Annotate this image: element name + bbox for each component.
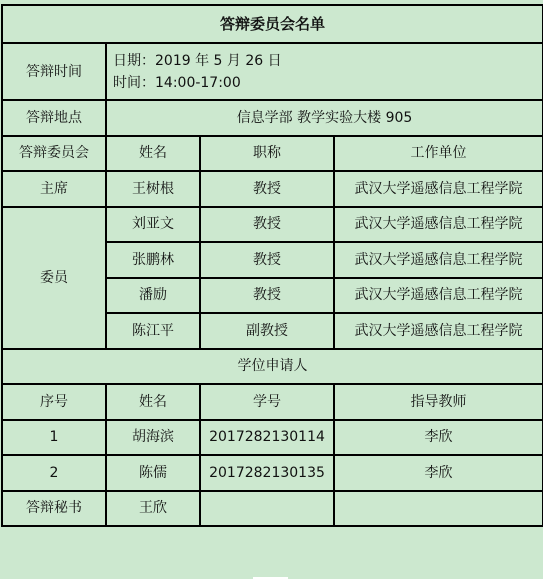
chair-role: 主席 [2, 171, 106, 207]
defense-date: 日期：2019 年 5 月 26 日 [113, 50, 542, 72]
applicant-advisor: 李欣 [334, 455, 543, 491]
member-title: 教授 [200, 207, 334, 243]
member-row: 委员 刘亚文 教授 武汉大学遥感信息工程学院 [2, 207, 543, 243]
secretary-label: 答辩秘书 [2, 491, 106, 527]
applicants-header-advisor: 指导教师 [334, 384, 543, 420]
applicant-row: 2 陈儒 2017282130135 李欣 [2, 455, 543, 491]
secretary-row: 答辩秘书 王欣 [2, 491, 543, 527]
table-title: 答辩委员会名单 [2, 5, 543, 43]
chair-affiliation: 武汉大学遥感信息工程学院 [334, 171, 543, 207]
applicant-index: 1 [2, 420, 106, 456]
member-affiliation: 武汉大学遥感信息工程学院 [334, 207, 543, 243]
member-title: 教授 [200, 242, 334, 278]
applicant-advisor: 李欣 [334, 420, 543, 456]
applicant-row: 1 胡海滨 2017282130114 李欣 [2, 420, 543, 456]
committee-header-affiliation: 工作单位 [334, 136, 543, 172]
defense-hours: 时间：14:00-17:00 [113, 72, 542, 94]
member-affiliation: 武汉大学遥感信息工程学院 [334, 278, 543, 314]
chair-row: 主席 王树根 教授 武汉大学遥感信息工程学院 [2, 171, 543, 207]
defense-committee-table: 答辩委员会名单 答辩时间 日期：2019 年 5 月 26 日 时间：14:00… [1, 4, 543, 527]
applicant-student-id: 2017282130135 [200, 455, 334, 491]
applicants-header-index: 序号 [2, 384, 106, 420]
member-affiliation: 武汉大学遥感信息工程学院 [334, 313, 543, 349]
chair-title: 教授 [200, 171, 334, 207]
member-name: 潘励 [106, 278, 200, 314]
defense-time-value: 日期：2019 年 5 月 26 日 时间：14:00-17:00 [106, 43, 543, 100]
applicants-section-title: 学位申请人 [2, 349, 543, 385]
secretary-empty-cell [200, 491, 334, 527]
defense-location-row: 答辩地点 信息学部 教学实验大楼 905 [2, 100, 543, 136]
applicants-header-name: 姓名 [106, 384, 200, 420]
member-name: 刘亚文 [106, 207, 200, 243]
committee-header-title: 职称 [200, 136, 334, 172]
defense-location-label: 答辩地点 [2, 100, 106, 136]
applicants-header-row: 序号 姓名 学号 指导教师 [2, 384, 543, 420]
members-role: 委员 [2, 207, 106, 349]
title-row: 答辩委员会名单 [2, 5, 543, 43]
committee-header-name: 姓名 [106, 136, 200, 172]
member-name: 陈江平 [106, 313, 200, 349]
defense-time-label: 答辩时间 [2, 43, 106, 100]
defense-location-value: 信息学部 教学实验大楼 905 [106, 100, 543, 136]
secretary-empty-cell [334, 491, 543, 527]
secretary-name: 王欣 [106, 491, 200, 527]
applicant-index: 2 [2, 455, 106, 491]
chair-name: 王树根 [106, 171, 200, 207]
applicants-section-row: 学位申请人 [2, 349, 543, 385]
applicant-name: 胡海滨 [106, 420, 200, 456]
applicant-student-id: 2017282130114 [200, 420, 334, 456]
member-affiliation: 武汉大学遥感信息工程学院 [334, 242, 543, 278]
member-title: 副教授 [200, 313, 334, 349]
member-name: 张鹏林 [106, 242, 200, 278]
defense-time-row: 答辩时间 日期：2019 年 5 月 26 日 时间：14:00-17:00 [2, 43, 543, 100]
committee-header-group: 答辩委员会 [2, 136, 106, 172]
applicants-header-student-id: 学号 [200, 384, 334, 420]
applicant-name: 陈儒 [106, 455, 200, 491]
committee-header-row: 答辩委员会 姓名 职称 工作单位 [2, 136, 543, 172]
member-title: 教授 [200, 278, 334, 314]
